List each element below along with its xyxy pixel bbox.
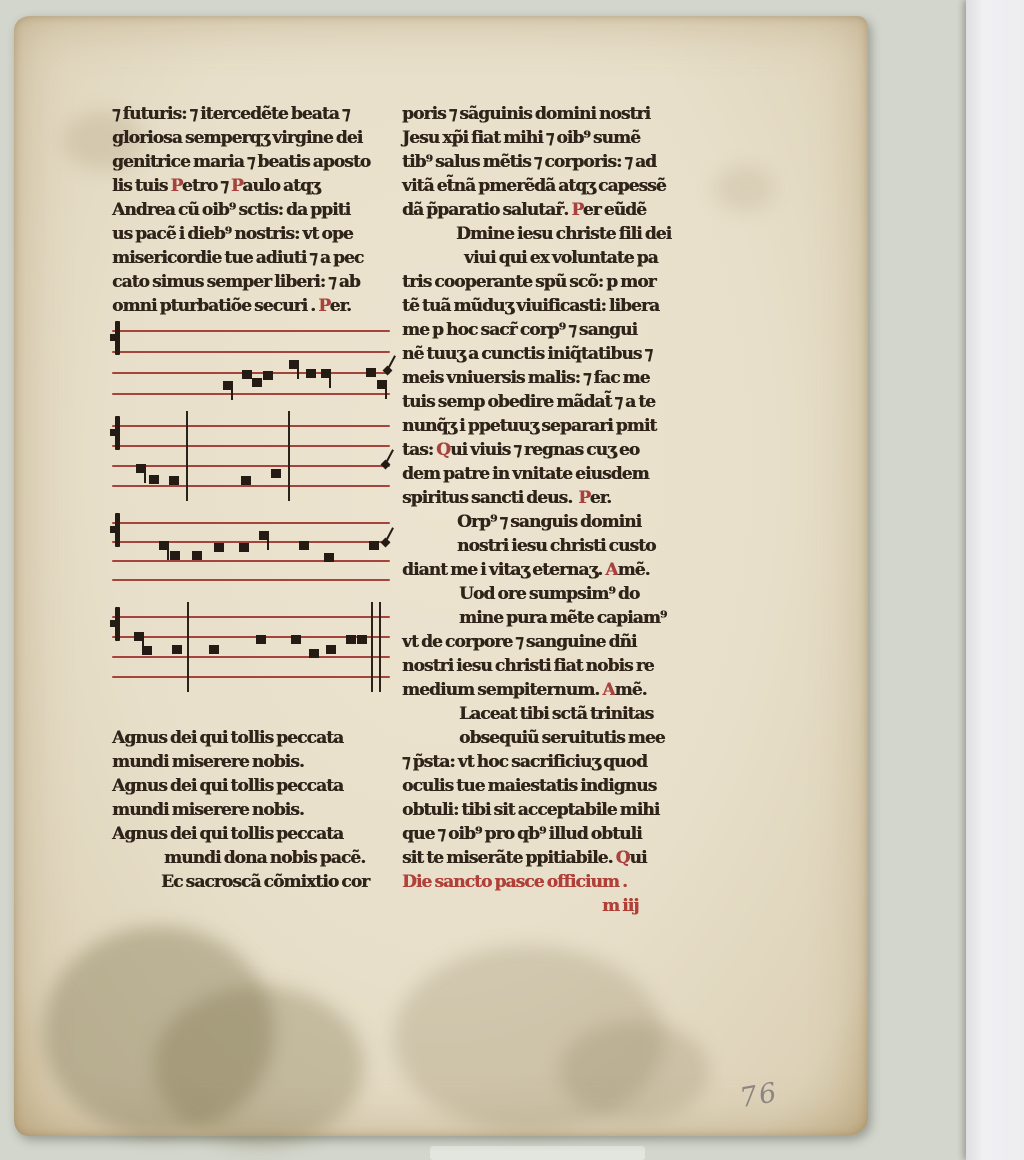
- neume-note: [326, 645, 336, 654]
- rubricated-letter: P: [571, 200, 582, 220]
- photo-stage: ⁊ futuris: ⁊ itercedẽte beata ⁊gloriosa …: [0, 0, 1024, 1160]
- text-line: Laceat tibi sctã trinitas: [402, 702, 704, 726]
- neume-note: [357, 635, 367, 644]
- staff-line: [112, 560, 390, 562]
- neume-note: [299, 541, 309, 550]
- tajima-ruler: [966, 0, 1024, 1160]
- text-segment: mẽ.: [615, 680, 647, 700]
- rubricated-letter: P: [578, 488, 589, 508]
- text-segment: Agnus dei qui tollis peccata: [112, 776, 343, 796]
- music-staff: [112, 598, 390, 696]
- neume-note: [142, 646, 152, 655]
- note-stem: [231, 381, 233, 400]
- note-stem: [297, 360, 299, 379]
- text-line: mundi miserere nobis.: [112, 750, 404, 774]
- custos-mark: [381, 538, 391, 548]
- text-segment: Ec sacroscã cõmixtio cor: [161, 872, 369, 892]
- left-column-agnus-dei-text: Agnus dei qui tollis peccatamundi misere…: [112, 726, 404, 894]
- rubricated-letter: Q: [616, 848, 630, 868]
- text-segment: mundi dona nobis pacẽ.: [164, 848, 365, 868]
- text-segment: us pacẽ i dieb⁹ nostris: vt ope: [112, 224, 353, 244]
- text-line: dem patre in vnitate eiusdem: [402, 462, 704, 486]
- end-bar-line: [379, 602, 381, 692]
- text-segment: obtuli: tibi sit acceptabile mihi: [402, 800, 659, 820]
- text-segment: vt de corpore ⁊ sanguine dñi: [402, 632, 636, 652]
- text-line: obtuli: tibi sit acceptabile mihi: [402, 798, 704, 822]
- staff-line: [112, 579, 390, 581]
- text-segment: mẽ.: [618, 560, 650, 580]
- c-clef-icon: [110, 620, 116, 627]
- neume-note: [214, 543, 224, 552]
- text-line: tẽ tuã mũduʒ viuificasti: libera: [402, 294, 704, 318]
- text-segment: spiritus sancti deus.: [402, 488, 578, 508]
- neume-note: [241, 476, 251, 485]
- staff-line: [112, 445, 390, 447]
- text-segment: cato simus semper liberi: ⁊ ab: [112, 272, 360, 292]
- text-segment: poris ⁊ sãguinis domini nostri: [402, 104, 650, 124]
- neume-note: [346, 635, 356, 644]
- neume-note: [369, 541, 379, 550]
- text-segment: nẽ tuuʒ a cunctis iniq̃tatibus ⁊: [402, 344, 652, 364]
- text-segment: sit te miserãte ppitiabile.: [402, 848, 616, 868]
- text-segment: nostri iesu christi fiat nobis re: [402, 656, 654, 676]
- text-line: Orp⁹ ⁊ sanguis domini: [402, 510, 704, 534]
- bar-line: [186, 411, 188, 501]
- neume-note: [252, 378, 262, 387]
- staff-line: [112, 425, 390, 427]
- neume-note: [192, 551, 202, 560]
- text-segment: vitã et̃nã pmerẽdã atqʒ capessẽ: [402, 176, 666, 196]
- text-line: que ⁊ oib⁹ pro qb⁹ illud obtuli: [402, 822, 704, 846]
- text-line: Die sancto pasce officium .: [402, 870, 704, 894]
- text-segment: Orp⁹ ⁊ sanguis domini: [457, 512, 641, 532]
- bar-line: [288, 411, 290, 501]
- staff-line: [112, 541, 390, 543]
- text-segment: tris cooperante spũ scõ: p mor: [402, 272, 656, 292]
- text-line: spiritus sancti deus. Per.: [402, 486, 704, 510]
- staff-line: [112, 522, 390, 524]
- text-segment: Laceat tibi sctã trinitas: [459, 704, 653, 724]
- text-line: vt de corpore ⁊ sanguine dñi: [402, 630, 704, 654]
- note-stem: [144, 464, 146, 483]
- staff-line: [112, 330, 390, 332]
- rubricated-letter: P: [231, 176, 242, 196]
- text-segment: Jesu xp̃i fiat mihi ⁊ oib⁹ sumẽ: [402, 128, 640, 148]
- staff-line: [112, 616, 390, 618]
- neume-note: [263, 371, 273, 380]
- text-line: tuis semp obedire mãdat̃ ⁊ a te: [402, 390, 704, 414]
- c-clef-icon: [110, 334, 116, 341]
- text-line: us pacẽ i dieb⁹ nostris: vt ope: [112, 222, 404, 246]
- text-line: meis vniuersis malis: ⁊ fac me: [402, 366, 704, 390]
- text-line: lis tuis Petro ⁊ Paulo atqʒ: [112, 174, 404, 198]
- text-segment: Uod ore sumpsim⁹ do: [459, 584, 639, 604]
- text-segment: dã p̃paratio salutar̃.: [402, 200, 571, 220]
- text-segment: tas:: [402, 440, 436, 460]
- neume-note: [170, 551, 180, 560]
- text-segment: nostri iesu christi custo: [457, 536, 655, 556]
- text-line: Andrea cũ oib⁹ sctis: da ppiti: [112, 198, 404, 222]
- text-segment: gloriosa semperqʒ virgine dei: [112, 128, 362, 148]
- text-segment: Agnus dei qui tollis peccata: [112, 824, 343, 844]
- note-stem: [267, 531, 269, 550]
- text-segment: tẽ tuã mũduʒ viuificasti: libera: [402, 296, 659, 316]
- text-line: Agnus dei qui tollis peccata: [112, 726, 404, 750]
- text-segment: er.: [590, 488, 611, 508]
- right-column-text: poris ⁊ sãguinis domini nostriJesu xp̃i …: [402, 102, 704, 918]
- neume-note: [149, 475, 159, 484]
- neume-note: [209, 645, 219, 654]
- text-segment: meis vniuersis malis: ⁊ fac me: [402, 368, 650, 388]
- text-line: mine pura mẽte capiam⁹: [402, 606, 704, 630]
- text-line: me p hoc sacr̃ corp⁹ ⁊ sangui: [402, 318, 704, 342]
- rubricated-letter: m iij: [602, 896, 638, 916]
- text-segment: ui: [630, 848, 647, 868]
- text-segment: que ⁊ oib⁹ pro qb⁹ illud obtuli: [402, 824, 642, 844]
- music-staff: [112, 407, 390, 505]
- text-line: Jesu xp̃i fiat mihi ⁊ oib⁹ sumẽ: [402, 126, 704, 150]
- stain: [714, 166, 774, 211]
- underlying-sheet-edge: [430, 1146, 645, 1160]
- text-segment: nunq̃ʒ i ppetuuʒ separari pmit: [402, 416, 656, 436]
- rubricated-letter: P: [170, 176, 181, 196]
- text-line: nostri iesu christi custo: [402, 534, 704, 558]
- text-segment: tib⁹ salus mẽtis ⁊ corporis: ⁊ ad: [402, 152, 656, 172]
- rubricated-letter: Q: [436, 440, 450, 460]
- stain: [154, 986, 364, 1146]
- text-line: Agnus dei qui tollis peccata: [112, 774, 404, 798]
- text-line: obsequiũ seruitutis mee: [402, 726, 704, 750]
- text-line: tib⁹ salus mẽtis ⁊ corporis: ⁊ ad: [402, 150, 704, 174]
- c-clef-icon: [110, 526, 116, 533]
- text-segment: ⁊ futuris: ⁊ itercedẽte beata ⁊: [112, 104, 349, 124]
- staff-line: [112, 465, 390, 467]
- text-line: Uod ore sumpsim⁹ do: [402, 582, 704, 606]
- neume-note: [242, 370, 252, 379]
- pencil-folio-number: 76: [738, 1077, 781, 1114]
- neume-note: [256, 635, 266, 644]
- text-line: Ec sacroscã cõmixtio cor: [112, 870, 404, 894]
- text-segment: aulo atqʒ: [242, 176, 319, 196]
- text-segment: mine pura mẽte capiam⁹: [459, 608, 666, 628]
- text-line: ⁊ futuris: ⁊ itercedẽte beata ⁊: [112, 102, 404, 126]
- neume-note: [366, 368, 376, 377]
- text-line: vitã et̃nã pmerẽdã atqʒ capessẽ: [402, 174, 704, 198]
- text-segment: mundi miserere nobis.: [112, 752, 304, 772]
- text-line: Agnus dei qui tollis peccata: [112, 822, 404, 846]
- staff-line: [112, 393, 390, 395]
- text-segment: obsequiũ seruitutis mee: [459, 728, 665, 748]
- text-line: viui qui ex voluntate pa: [402, 246, 704, 270]
- staff-line: [112, 656, 390, 658]
- text-segment: oculis tue maiestatis indignus: [402, 776, 656, 796]
- text-line: sit te miserãte ppitiabile. Qui: [402, 846, 704, 870]
- text-line: cato simus semper liberi: ⁊ ab: [112, 270, 404, 294]
- text-line: nẽ tuuʒ a cunctis iniq̃tatibus ⁊: [402, 342, 704, 366]
- text-line: misericordie tue adiuti ⁊ a pec: [112, 246, 404, 270]
- stain: [559, 1021, 709, 1121]
- text-segment: lis tuis: [112, 176, 170, 196]
- neume-note: [306, 369, 316, 378]
- text-line: poris ⁊ sãguinis domini nostri: [402, 102, 704, 126]
- text-segment: ui viuis ⁊ regnas cuʒ eo: [450, 440, 639, 460]
- text-line: mundi dona nobis pacẽ.: [112, 846, 404, 870]
- text-line: m iij: [402, 894, 704, 918]
- text-segment: viui qui ex voluntate pa: [464, 248, 658, 268]
- text-line: tas: Qui viuis ⁊ regnas cuʒ eo: [402, 438, 704, 462]
- bar-line: [187, 602, 189, 692]
- rubricated-letter: A: [605, 560, 617, 580]
- text-line: diant me i vitaʒ eternaʒ. Amẽ.: [402, 558, 704, 582]
- neume-note: [239, 543, 249, 552]
- text-segment: Andrea cũ oib⁹ sctis: da ppiti: [112, 200, 350, 220]
- staff-line: [112, 485, 390, 487]
- rubricated-letter: Die sancto pasce officium .: [402, 872, 627, 892]
- text-segment: dem patre in vnitate eiusdem: [402, 464, 649, 484]
- text-segment: ⁊ p̃sta: vt hoc sacrificiuʒ quod: [402, 752, 647, 772]
- text-line: gloriosa semperqʒ virgine dei: [112, 126, 404, 150]
- text-segment: misericordie tue adiuti ⁊ a pec: [112, 248, 363, 268]
- text-segment: er eũdẽ: [583, 200, 646, 220]
- music-staff: [112, 312, 390, 413]
- music-staff: [112, 504, 390, 599]
- neume-note: [291, 635, 301, 644]
- note-stem: [385, 380, 387, 399]
- text-line: genitrice maria ⁊ beatis aposto: [112, 150, 404, 174]
- text-segment: genitrice maria ⁊ beatis aposto: [112, 152, 370, 172]
- text-line: dã p̃paratio salutar̃. Per eũdẽ: [402, 198, 704, 222]
- text-segment: diant me i vitaʒ eternaʒ.: [402, 560, 605, 580]
- staff-line: [112, 676, 390, 678]
- text-segment: me p hoc sacr̃ corp⁹ ⁊ sangui: [402, 320, 637, 340]
- text-segment: Dmine iesu christe fili dei: [456, 224, 671, 244]
- custos-mark: [381, 460, 391, 470]
- c-clef-icon: [110, 429, 116, 436]
- end-bar-line: [371, 602, 373, 692]
- text-line: oculis tue maiestatis indignus: [402, 774, 704, 798]
- note-stem: [329, 369, 331, 388]
- text-segment: mundi miserere nobis.: [112, 800, 304, 820]
- text-line: nunq̃ʒ i ppetuuʒ separari pmit: [402, 414, 704, 438]
- text-line: medium sempiternum. Amẽ.: [402, 678, 704, 702]
- rubricated-letter: A: [602, 680, 614, 700]
- text-line: Dmine iesu christe fili dei: [402, 222, 704, 246]
- staff-line: [112, 351, 390, 353]
- text-segment: medium sempiternum.: [402, 680, 602, 700]
- text-line: nostri iesu christi fiat nobis re: [402, 654, 704, 678]
- text-line: ⁊ p̃sta: vt hoc sacrificiuʒ quod: [402, 750, 704, 774]
- text-segment: etro ⁊: [182, 176, 231, 196]
- left-column-upper-text: ⁊ futuris: ⁊ itercedẽte beata ⁊gloriosa …: [112, 102, 404, 318]
- text-line: mundi miserere nobis.: [112, 798, 404, 822]
- neume-note: [172, 645, 182, 654]
- neume-note: [309, 649, 319, 658]
- note-stem: [167, 541, 169, 560]
- text-line: tris cooperante spũ scõ: p mor: [402, 270, 704, 294]
- neume-note: [324, 553, 334, 562]
- text-segment: tuis semp obedire mãdat̃ ⁊ a te: [402, 392, 655, 412]
- neume-note: [169, 476, 179, 485]
- neume-note: [271, 469, 281, 478]
- text-segment: Agnus dei qui tollis peccata: [112, 728, 343, 748]
